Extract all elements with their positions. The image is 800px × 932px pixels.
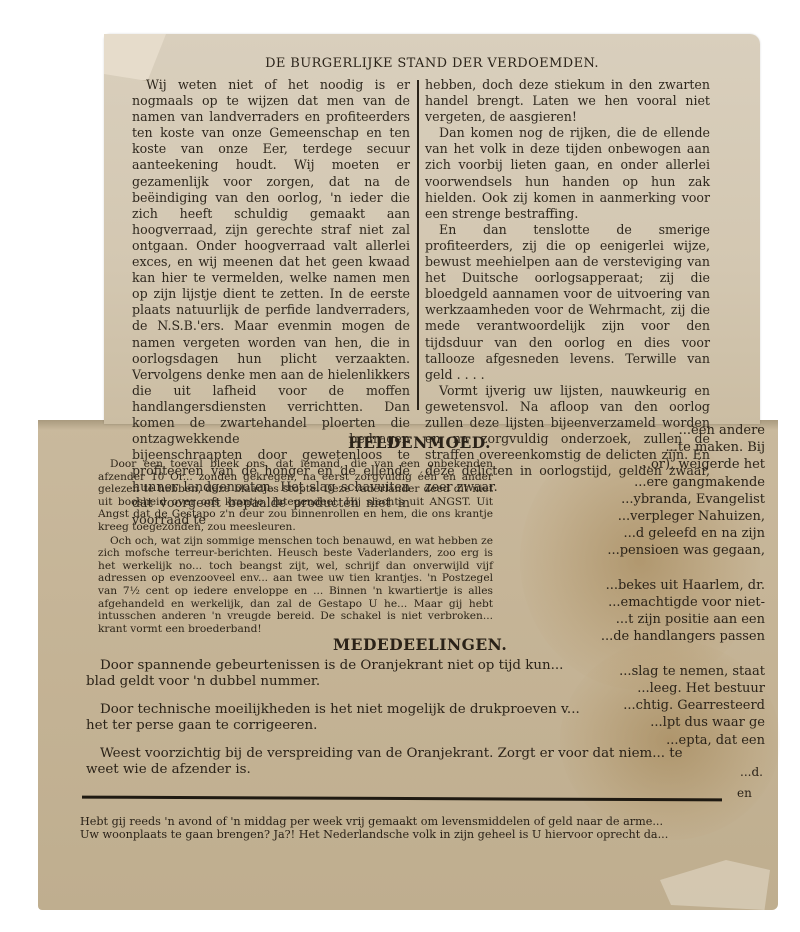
announcement-line: weet wie de afzender is.	[86, 762, 786, 778]
fragment-line: ...te maken. Bij	[530, 439, 765, 456]
announcement-line: blad geldt voor 'n dubbel nummer.	[86, 674, 786, 690]
edge-fragment: ...d.	[740, 765, 763, 779]
footer-line: Hebt gij reeds 'n avond of 'n middag per…	[80, 815, 720, 828]
article-title-heldenmoed: HELDENMOED.	[348, 433, 491, 452]
fragment-line: ...t zijn positie aan een	[530, 611, 765, 628]
article2-body: Door een toeval bleek ons, dat iemand, d…	[98, 458, 493, 635]
article2-paragraph: Och och, wat zijn sommige menschen toch …	[98, 535, 493, 636]
announcement-line: Door technische moeilijkheden is het nie…	[86, 702, 786, 718]
article2-paragraph: Door een toeval bleek ons, dat iemand, d…	[98, 458, 493, 534]
fragment-line: ...ere gangmakende	[530, 474, 765, 491]
announcement-2: Door technische moeilijkheden is het nie…	[86, 702, 786, 734]
article3-body: Door spannende gebeurtenissen is de Oran…	[86, 658, 786, 778]
fragment-line: ...ybranda, Evangelist	[530, 491, 765, 508]
column-divider	[417, 80, 419, 410]
article-title-mededeelingen: MEDEDEELINGEN.	[333, 635, 507, 654]
fragment-line: ...verpleger Nahuizen,	[530, 508, 765, 525]
fragment-line: ...bekes uit Haarlem, dr.	[530, 577, 765, 594]
fragment-line: ...pensioen was gegaan,	[530, 542, 765, 559]
fragment-line	[530, 560, 765, 577]
fragment-line: ...or), weigerde het	[530, 456, 765, 473]
footer-appeal: Hebt gij reeds 'n avond of 'n middag per…	[80, 815, 720, 842]
announcement-line: Weest voorzichtig bij de verspreiding va…	[86, 746, 786, 762]
footer-line: Uw woonplaats te gaan brengen? Ja?! Het …	[80, 828, 720, 841]
announcement-3: Weest voorzichtig bij de verspreiding va…	[86, 746, 786, 778]
article1-paragraph: En dan tenslotte de smerige profiteerder…	[425, 222, 710, 383]
fragment-line: ...een andere	[530, 422, 765, 439]
article1-paragraph: Dan komen nog de rijken, die de ellende …	[425, 125, 710, 222]
edge-fragment: en	[737, 786, 752, 800]
fragment-line: ...d geleefd en na zijn	[530, 525, 765, 542]
article1-paragraph: hebben, doch deze stiekum in den zwarten…	[425, 77, 710, 125]
announcement-line: Door spannende gebeurtenissen is de Oran…	[86, 658, 786, 674]
fragment-line: ...emachtigde voor niet-	[530, 594, 765, 611]
announcement-1: Door spannende gebeurtenissen is de Oran…	[86, 658, 786, 690]
fragment-line: ...de handlangers passen	[530, 628, 765, 645]
announcement-line: het ter perse gaan te corrigeeren.	[86, 718, 786, 734]
article-title-burgerlijke-stand: DE BURGERLIJKE STAND DER VERDOEMDEN.	[104, 56, 760, 71]
